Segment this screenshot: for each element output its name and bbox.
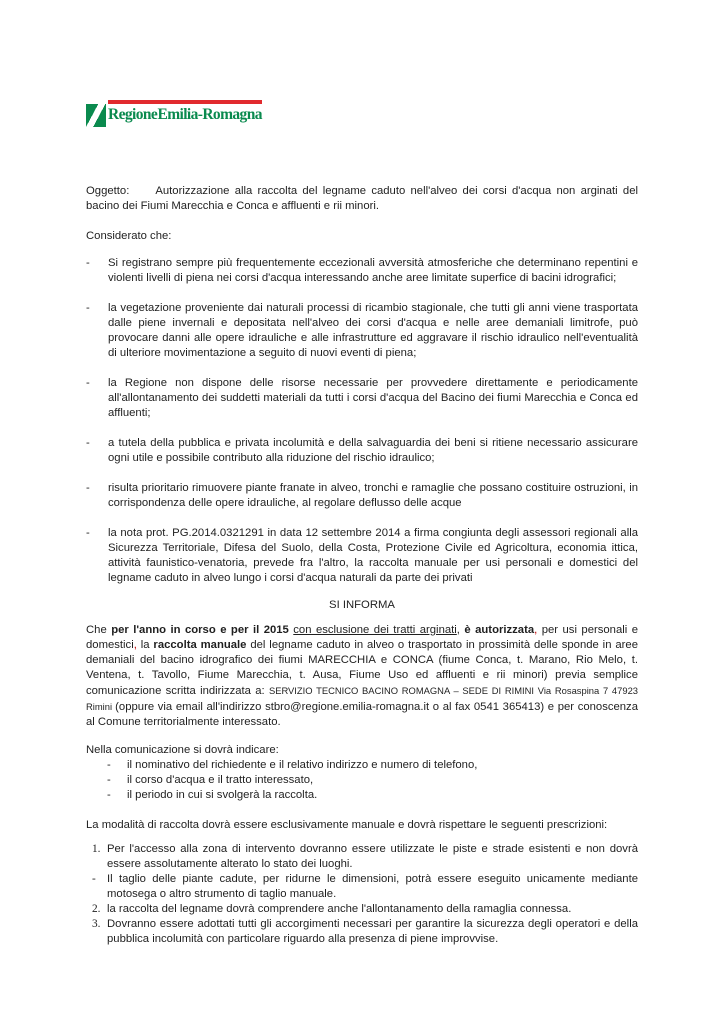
list-item-text: il nominativo del richiedente e il relat… [127, 758, 638, 773]
list-item-text: risulta prioritario rimuovere piante fra… [108, 481, 638, 511]
list-item-text: la nota prot. PG.2014.0321291 in data 12… [108, 526, 638, 586]
list-item-text: la vegetazione proveniente dai naturali … [108, 301, 638, 361]
modalita-paragraph: La modalità di raccolta dovrà essere esc… [86, 818, 638, 833]
list-item: - il periodo in cui si svolgerà la racco… [107, 788, 638, 803]
bullet-dash: - [107, 758, 127, 773]
list-item: - Il taglio delle piante cadute, per rid… [86, 872, 638, 902]
bullet-dash: - [86, 256, 108, 286]
bullet-dash: - [86, 526, 108, 586]
list-item-text: la Regione non dispone delle risorse nec… [108, 376, 638, 421]
list-item: - la vegetazione proveniente dai natural… [86, 301, 638, 361]
list-item: - il nominativo del richiedente e il rel… [107, 758, 638, 773]
subject-label: Oggetto: [86, 185, 129, 197]
list-item-text: la raccolta del legname dovrà comprender… [107, 902, 638, 917]
list-number: 3. [92, 917, 107, 947]
comunicazione-list: - il nominativo del richiedente e il rel… [86, 758, 638, 803]
bullet-dash: - [86, 436, 108, 466]
text-run: Che [86, 624, 111, 636]
comunicazione-heading: Nella comunicazione si dovrà indicare: [86, 743, 638, 758]
list-item: - la nota prot. PG.2014.0321291 in data … [86, 526, 638, 586]
list-item-text: Dovranno essere adottati tutti gli accor… [107, 917, 638, 947]
regione-emilia-romagna-logo-icon [86, 104, 106, 127]
text-run: (oppure via email all'indirizzo stbro@re… [86, 701, 638, 728]
list-item-text: il corso d'acqua e il tratto interessato… [127, 773, 638, 788]
regione-emilia-romagna-logo: Regione Emilia-Romagna [86, 100, 638, 127]
bullet-dash: - [107, 788, 127, 803]
logo-wordmark: Regione Emilia-Romagna [108, 106, 262, 124]
list-item-text: a tutela della pubblica e privata incolu… [108, 436, 638, 466]
authorization-paragraph: Che per l'anno in corso e per il 2015 co… [86, 623, 638, 730]
list-item-text: Si registrano sempre più frequentemente … [108, 256, 638, 286]
list-item: - Si registrano sempre più frequentement… [86, 256, 638, 286]
subject-paragraph: Oggetto:Autorizzazione alla raccolta del… [86, 184, 638, 214]
text-run: la [137, 639, 154, 651]
list-item: - a tutela della pubblica e privata inco… [86, 436, 638, 466]
list-item: 1. Per l'accesso alla zona di intervento… [86, 842, 638, 872]
underlined-run: con esclusione dei tratti arginati [293, 624, 457, 636]
logo-red-bar [108, 100, 262, 104]
list-item-text: Il taglio delle piante cadute, per ridur… [107, 872, 638, 902]
bold-run: per l'anno in corso e per il 2015 [111, 624, 293, 636]
list-item: - il corso d'acqua e il tratto interessa… [107, 773, 638, 788]
subject-text: Autorizzazione alla raccolta del legname… [86, 185, 638, 212]
bold-run: raccolta manuale [153, 639, 246, 651]
bullet-dash: - [107, 773, 127, 788]
bullet-dash: - [86, 301, 108, 361]
office-address-caps: SERVIZIO TECNICO BACINO ROMAGNA – SEDE D… [269, 685, 538, 696]
bullet-dash: - [86, 376, 108, 421]
list-item: 2. la raccolta del legname dovrà compren… [86, 902, 638, 917]
list-number: 1. [92, 842, 107, 872]
considerato-heading: Considerato che: [86, 229, 638, 244]
list-item: 3. Dovranno essere adottati tutti gli ac… [86, 917, 638, 947]
bold-run: è autorizzata [464, 624, 534, 636]
list-item-text: il periodo in cui si svolgerà la raccolt… [127, 788, 638, 803]
document-page: Regione Emilia-Romagna Oggetto:Autorizza… [0, 0, 724, 1024]
bullet-dash: - [86, 481, 108, 511]
list-item: - risulta prioritario rimuovere piante f… [86, 481, 638, 511]
list-number: 2. [92, 902, 107, 917]
list-number: - [92, 872, 107, 902]
prescrizioni-list: 1. Per l'accesso alla zona di intervento… [86, 842, 638, 947]
list-item: - la Regione non dispone delle risorse n… [86, 376, 638, 421]
list-item-text: Per l'accesso alla zona di intervento do… [107, 842, 638, 872]
si-informa-heading: SI INFORMA [86, 598, 638, 613]
considerato-list: - Si registrano sempre più frequentement… [86, 256, 638, 586]
